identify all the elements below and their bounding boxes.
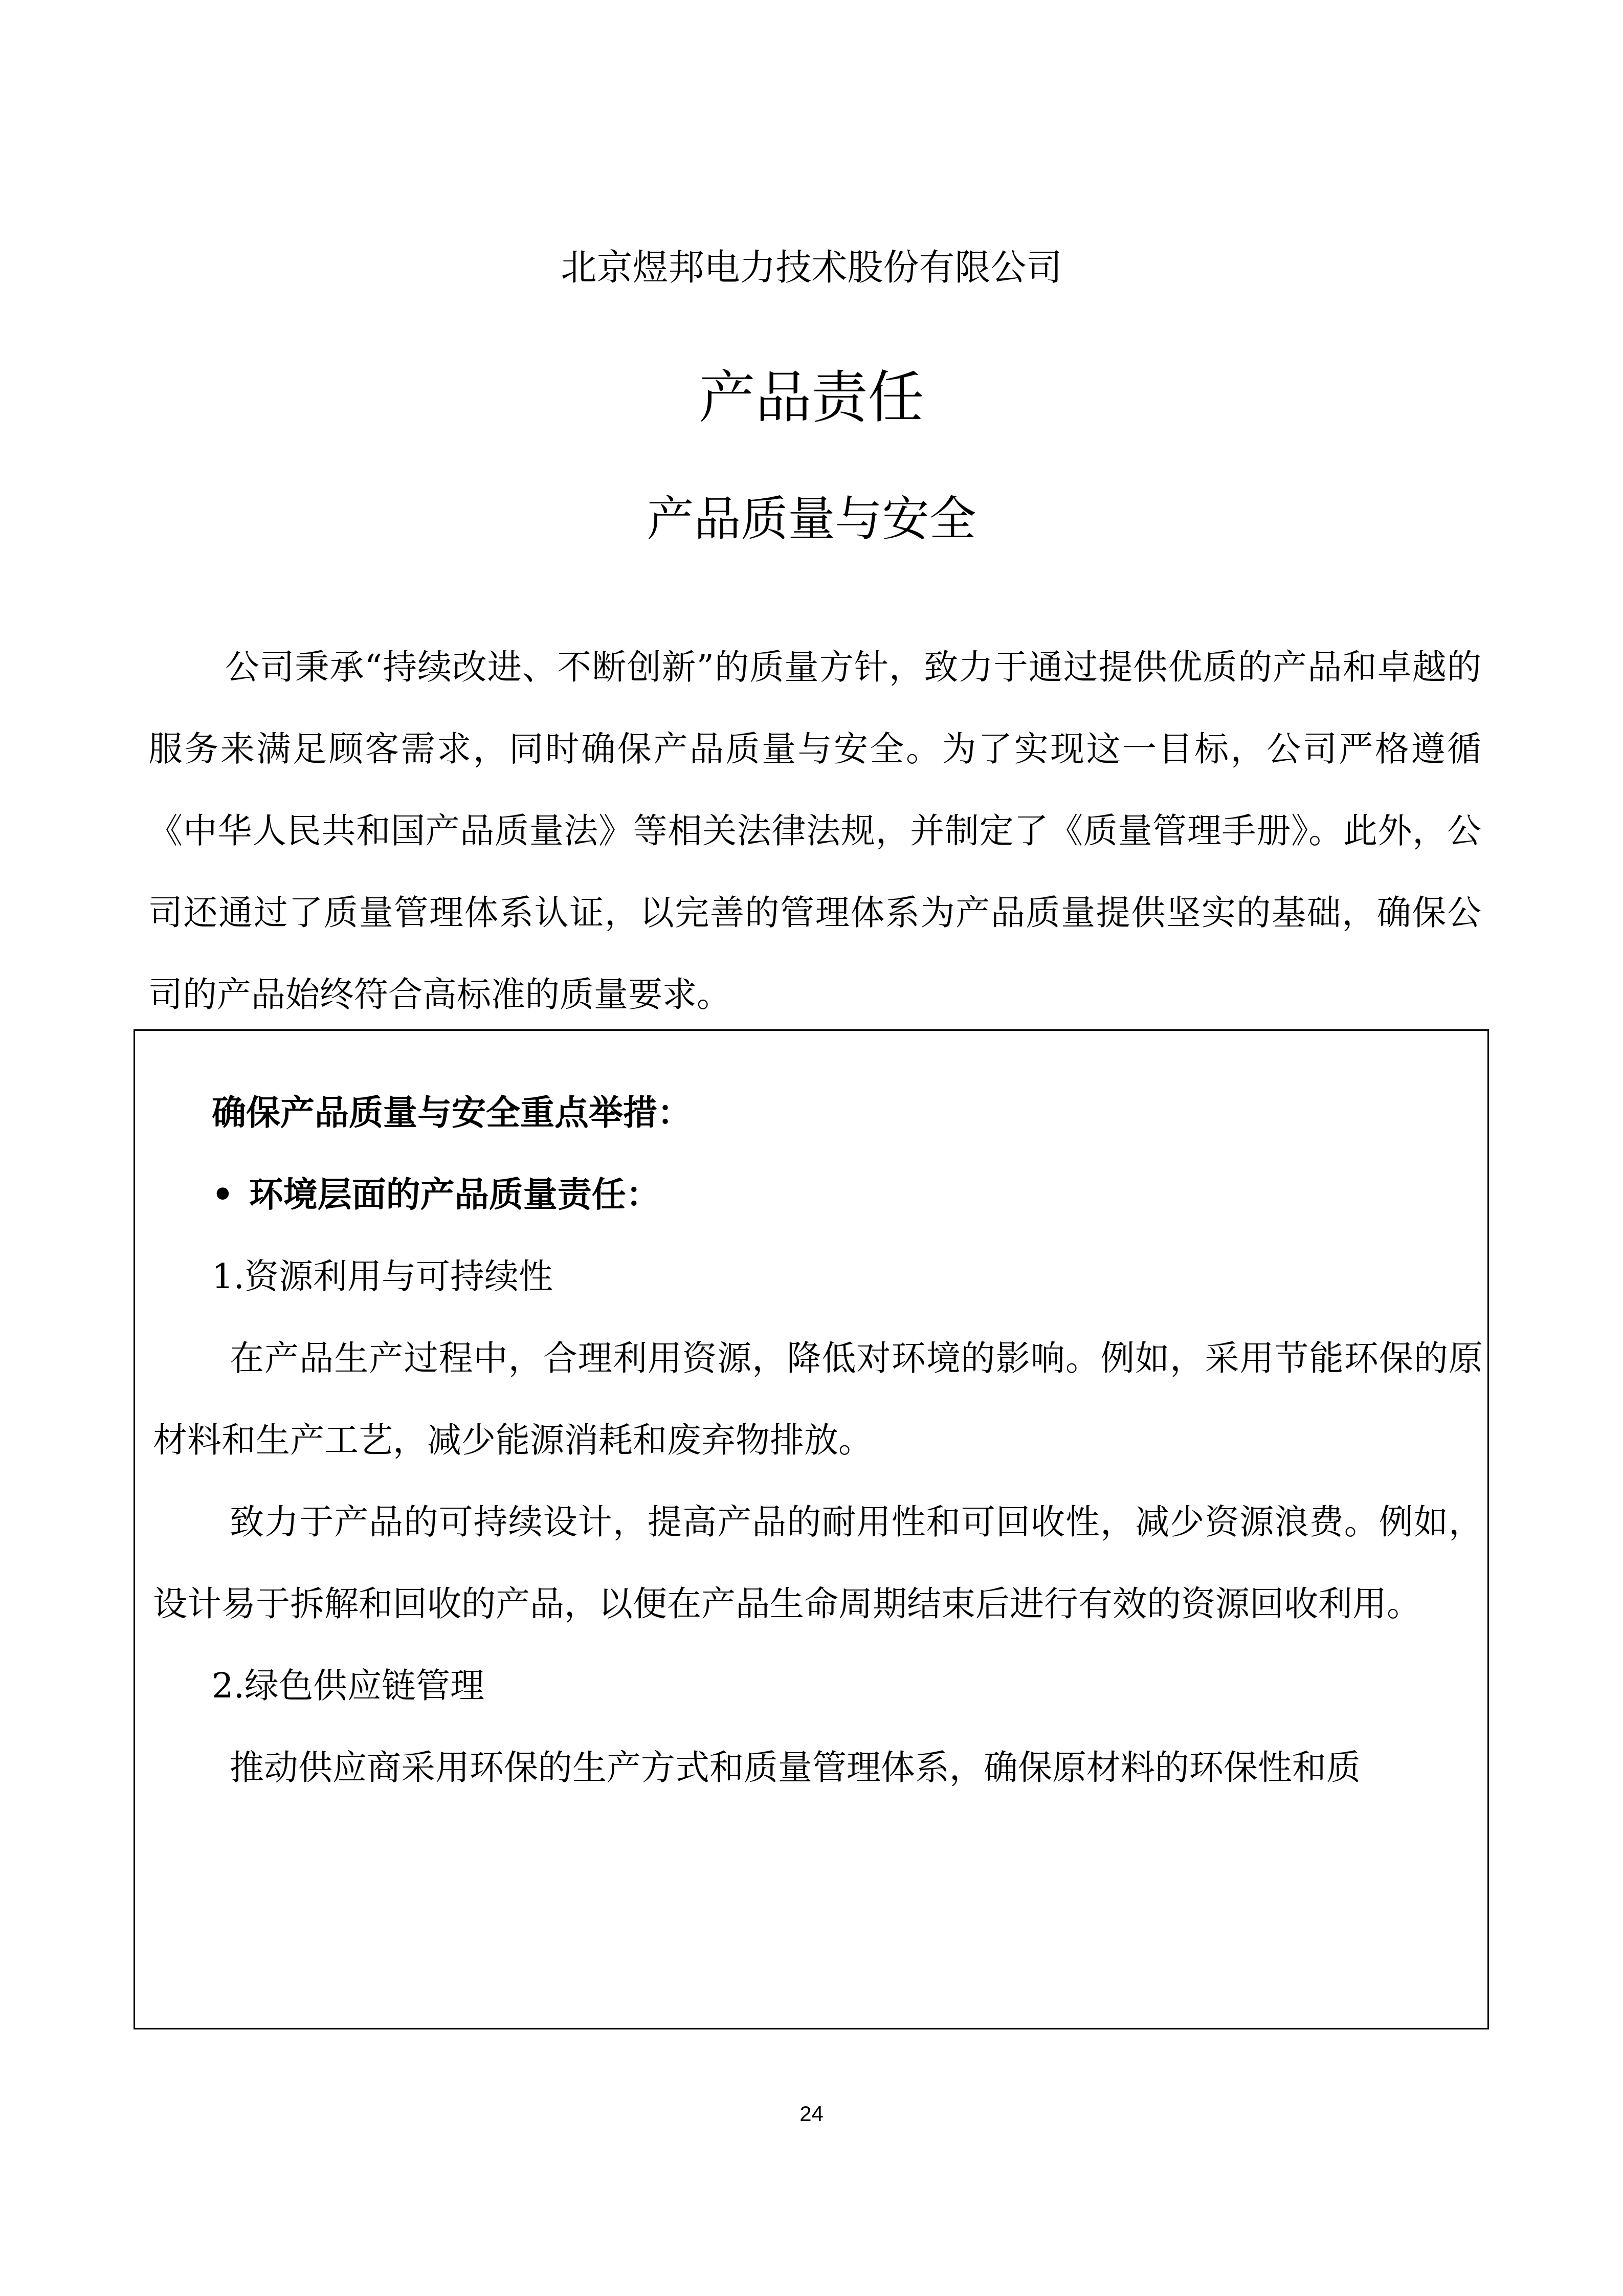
- section1-paragraph-1: 在产品生产过程中，合理利用资源，降低对环境的影响。例如，采用节能环保的原材料和生…: [153, 1317, 1483, 1481]
- section1-paragraph-2: 致力于产品的可持续设计，提高产品的耐用性和可回收性，减少资源浪费。例如，设计易于…: [153, 1481, 1483, 1645]
- box-heading: 确保产品质量与安全重点举措：: [153, 1072, 1483, 1154]
- bullet-icon: •: [212, 1154, 234, 1235]
- bullet-heading: 环境层面的产品质量责任：: [249, 1175, 660, 1215]
- section2-paragraph-1: 推动供应商采用环保的生产方式和质量管理体系，确保原材料的环保性和质: [153, 1727, 1483, 1808]
- section2-title: 2.绿色供应链管理: [153, 1645, 1483, 1727]
- bullet-heading-row: •环境层面的产品质量责任：: [153, 1154, 1483, 1235]
- section-subtitle: 产品质量与安全: [0, 491, 1623, 547]
- section1-title: 1.资源利用与可持续性: [153, 1235, 1483, 1317]
- page-title: 产品责任: [0, 364, 1623, 431]
- key-measures-box: 确保产品质量与安全重点举措： •环境层面的产品质量责任： 1.资源利用与可持续性…: [134, 1029, 1489, 2029]
- page-number: 24: [0, 2102, 1623, 2126]
- key-measures-content: 确保产品质量与安全重点举措： •环境层面的产品质量责任： 1.资源利用与可持续性…: [153, 1072, 1483, 1808]
- company-name: 北京煜邦电力技术股份有限公司: [0, 245, 1623, 291]
- intro-paragraph: 公司秉承“持续改进、不断创新”的质量方针，致力于通过提供优质的产品和卓越的服务来…: [148, 626, 1481, 1035]
